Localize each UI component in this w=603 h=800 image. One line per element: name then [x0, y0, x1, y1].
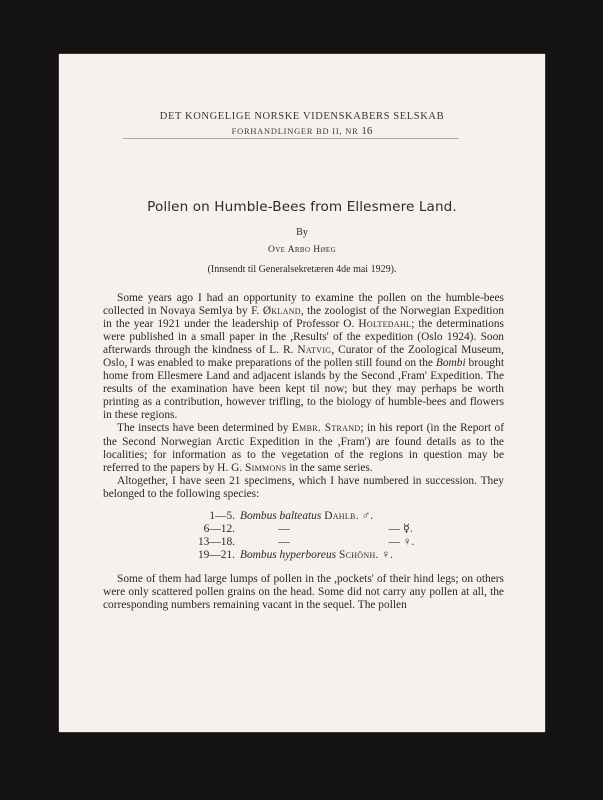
journal-header: DET KONGELIGE NORSKE VIDENSKABERS SELSKA…: [59, 110, 545, 139]
specimen-range: 6—12.: [195, 523, 240, 536]
species-name: Bombus balteatus: [240, 510, 321, 522]
species-name: Bombus hyperboreus: [240, 549, 336, 561]
paragraph-4: Some of them had large lumps of pollen i…: [103, 573, 504, 612]
article-body: Some years ago I had an opportunity to e…: [103, 292, 504, 612]
species-name-cell: —— ☿.: [240, 523, 472, 536]
proceedings-line: FORHANDLINGER BD II, NR 16: [59, 124, 545, 139]
species-row: 6—12. —— ☿.: [195, 523, 504, 536]
sex-symbol: ♂.: [362, 510, 373, 522]
species-name-cell: Bombus balteatus Dahlb. ♂.: [240, 510, 472, 523]
species-name-cell: —— ♀.: [240, 536, 472, 549]
paragraph-3: Altogether, I have seen 21 specimens, wh…: [103, 475, 504, 501]
text: in the same series.: [286, 462, 372, 474]
society-name: DET KONGELIGE NORSKE VIDENSKABERS SELSKA…: [59, 110, 545, 123]
text: The insects have been determined by: [117, 422, 292, 434]
paragraph-1: Some years ago I had an opportunity to e…: [103, 292, 504, 422]
header-rule: [123, 138, 459, 139]
ditto-authority: —: [328, 536, 400, 549]
sex-symbol: ♀.: [403, 536, 414, 548]
person-holtedahl: Holtedahl: [358, 318, 411, 330]
byline-label: By: [59, 227, 545, 238]
person-simmons: Simmons: [245, 462, 286, 474]
author-name: Ove Arbo Høeg: [59, 245, 545, 255]
species-authority: Schönh.: [339, 549, 379, 561]
specimen-range: 1—5.: [195, 510, 240, 523]
species-name-cell: Bombus hyperboreus Schönh. ♀.: [240, 549, 472, 562]
species-row: 13—18. —— ♀.: [195, 536, 504, 549]
species-row: 19—21. Bombus hyperboreus Schönh. ♀.: [195, 549, 504, 562]
received-note: (Innsendt til Generalsekretæren 4de mai …: [59, 264, 545, 275]
ditto-authority: —: [328, 523, 400, 536]
proceedings-prefix: FORHANDLINGER BD II, NR: [232, 127, 359, 136]
person-natvig: Natvig: [297, 344, 331, 356]
specimen-range: 19—21.: [195, 549, 240, 562]
document-page: DET KONGELIGE NORSKE VIDENSKABERS SELSKA…: [59, 54, 545, 732]
sex-symbol: ♀.: [382, 549, 393, 561]
sex-symbol: ☿.: [403, 523, 413, 535]
article-title: Pollen on Humble-Bees from Ellesmere Lan…: [59, 199, 545, 215]
issue-number: 16: [361, 125, 372, 137]
person-strand: Embr. Strand: [292, 422, 361, 434]
ditto-name: —: [240, 523, 328, 536]
species-list: 1—5. Bombus balteatus Dahlb. ♂. 6—12. ——…: [195, 510, 504, 562]
paragraph-2: The insects have been determined by Embr…: [103, 422, 504, 474]
specimen-range: 13—18.: [195, 536, 240, 549]
genus-bombi: Bombi: [436, 357, 466, 369]
species-authority: Dahlb.: [324, 510, 359, 522]
person-okland: Økland: [263, 305, 301, 317]
species-row: 1—5. Bombus balteatus Dahlb. ♂.: [195, 510, 504, 523]
ditto-name: —: [240, 536, 328, 549]
